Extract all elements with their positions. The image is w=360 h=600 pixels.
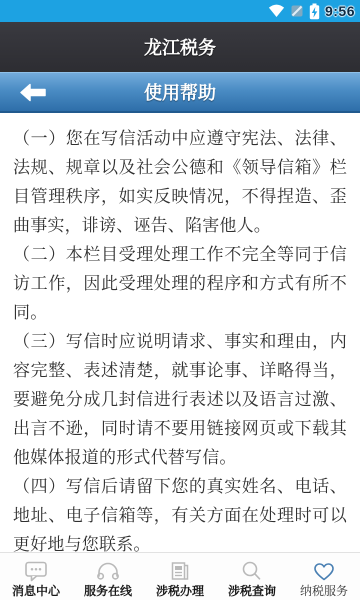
- bottom-tab-bar: 消息中心 服务在线 涉税办理: [0, 552, 360, 600]
- news-document-icon: [167, 558, 193, 584]
- battery-charging-icon: [309, 3, 320, 20]
- chat-bubble-icon: [23, 558, 49, 584]
- tab-label: 纳税服务: [300, 585, 348, 598]
- tab-label: 涉税查询: [228, 585, 276, 598]
- tab-tax-inquiry[interactable]: 涉税查询: [216, 553, 288, 600]
- tab-tax-handling[interactable]: 涉税办理: [144, 553, 216, 600]
- status-time: 9:56: [325, 0, 355, 22]
- back-arrow-icon: [19, 83, 47, 102]
- app-header: 龙江税务: [0, 22, 360, 72]
- page-title: 使用帮助: [144, 79, 216, 105]
- tab-message-center[interactable]: 消息中心: [0, 553, 72, 600]
- tab-label: 消息中心: [12, 585, 60, 598]
- app-title: 龙江税务: [144, 34, 216, 60]
- tab-label: 涉税办理: [156, 585, 204, 598]
- tab-tax-service[interactable]: 纳税服务: [288, 553, 360, 600]
- help-paragraph: （一）您在写信活动中应遵守宪法、法律、法规、规章以及社会公德和《领导信箱》栏目管…: [13, 124, 347, 240]
- no-sim-icon: [290, 4, 304, 18]
- app-screen: 9:56 龙江税务 使用帮助 （一）您在写信活动中应遵守宪法、法律、法规、规章以…: [0, 0, 360, 600]
- help-paragraph: （三）写信时应说明请求、事实和理由，内容完整、表述清楚，就事论事、详略得当，要避…: [13, 327, 347, 472]
- tab-service-online[interactable]: 服务在线: [72, 553, 144, 600]
- heart-icon: [311, 558, 337, 584]
- help-paragraph: （二）本栏目受理处理工作不完全等同于信访工作，因此受理处理的程序和方式有所不同。: [13, 240, 347, 327]
- search-icon: [239, 558, 265, 584]
- help-content[interactable]: （一）您在写信活动中应遵守宪法、法律、法规、规章以及社会公德和《领导信箱》栏目管…: [0, 113, 360, 552]
- back-button[interactable]: [10, 73, 56, 111]
- wifi-icon: [268, 4, 285, 18]
- help-toolbar: 使用帮助: [0, 72, 360, 113]
- help-paragraph: （四）写信后请留下您的真实姓名、电话、地址、电子信箱等，有关方面在处理时可以更好…: [13, 472, 347, 552]
- status-bar: 9:56: [0, 0, 360, 22]
- tab-label: 服务在线: [84, 585, 132, 598]
- headset-icon: [95, 558, 121, 584]
